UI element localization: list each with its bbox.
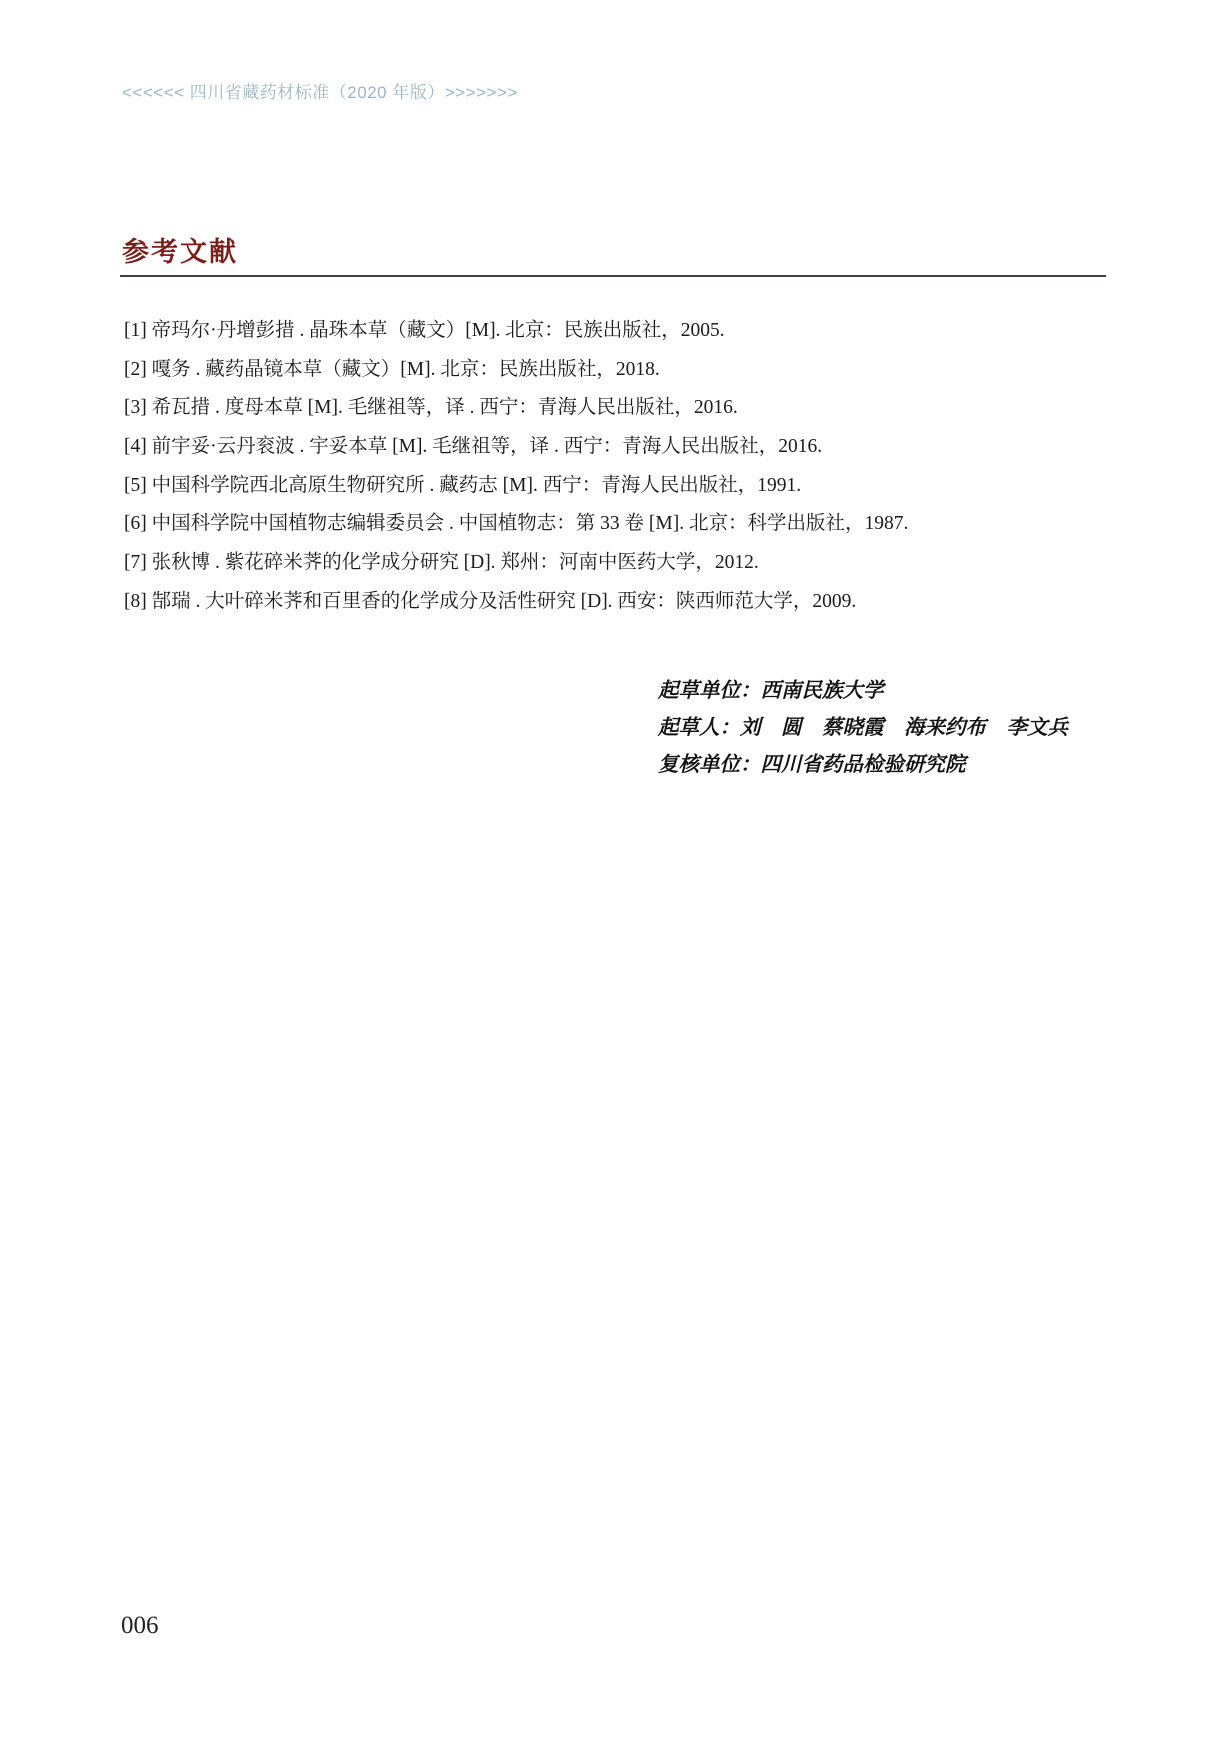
reference-item: [6] 中国科学院中国植物志编辑委员会 . 中国植物志：第 33 卷 [M]. …	[124, 505, 1104, 544]
reference-list: [1] 帝玛尔·丹增彭措 . 晶珠本草（藏文）[M]. 北京：民族出版社，200…	[124, 312, 1104, 622]
reference-item: [4] 前宇妥·云丹衮波 . 宇妥本草 [M]. 毛继祖等，译 . 西宁：青海人…	[124, 428, 1104, 467]
reference-item: [8] 郜瑞 . 大叶碎米荠和百里香的化学成分及活性研究 [D]. 西安：陕西师…	[124, 583, 1104, 622]
reference-item: [7] 张秋博 . 紫花碎米荠的化学成分研究 [D]. 郑州：河南中医药大学，2…	[124, 544, 1104, 583]
running-header: <<<<<< 四川省藏药材标准（2020 年版）>>>>>>>	[122, 78, 518, 103]
drafting-unit-line: 起草单位：西南民族大学	[658, 672, 1068, 709]
review-unit-line: 复核单位：四川省药品检验研究院	[658, 746, 1068, 783]
reference-item: [2] 嘎务 . 藏药晶镜本草（藏文）[M]. 北京：民族出版社，2018.	[124, 351, 1104, 390]
title-underline-rule	[120, 275, 1106, 277]
document-page: <<<<<< 四川省藏药材标准（2020 年版）>>>>>>> 参考文献 [1]…	[0, 0, 1228, 1742]
reference-item: [3] 希瓦措 . 度母本草 [M]. 毛继祖等，译 . 西宁：青海人民出版社，…	[124, 389, 1104, 428]
section-title: 参考文献	[122, 230, 238, 269]
reference-item: [1] 帝玛尔·丹增彭措 . 晶珠本草（藏文）[M]. 北京：民族出版社，200…	[124, 312, 1104, 351]
attribution-block: 起草单位：西南民族大学 起草人：刘 圆 蔡晓霞 海来约布 李文兵 复核单位：四川…	[658, 672, 1068, 783]
reference-item: [5] 中国科学院西北高原生物研究所 . 藏药志 [M]. 西宁：青海人民出版社…	[124, 467, 1104, 506]
drafters-line: 起草人：刘 圆 蔡晓霞 海来约布 李文兵	[658, 709, 1068, 746]
page-number: 006	[121, 1612, 159, 1640]
